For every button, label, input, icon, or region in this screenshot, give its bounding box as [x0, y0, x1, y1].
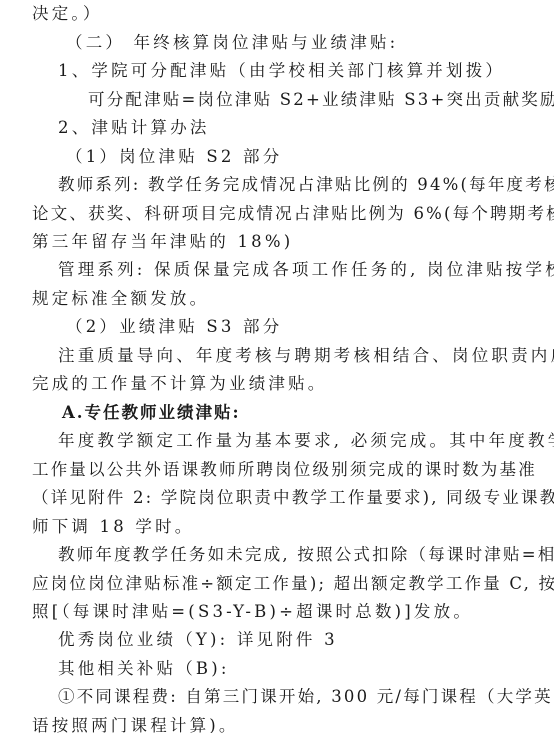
- text-line: 优秀岗位业绩（Y): 详见附件 3: [58, 630, 338, 650]
- text-line: 其他相关补贴（B):: [58, 659, 230, 679]
- text-line: 工作量以公共外语课教师所聘岗位级别须完成的课时数为基准: [32, 460, 537, 480]
- subsection-heading-s3: （2）业绩津贴 S3 部分: [66, 317, 282, 337]
- text-line: 教师系列: 教学任务完成情况占津贴比例的 94%(每年度考核);: [58, 175, 554, 195]
- text-line: 管理系列: 保质保量完成各项工作任务的, 岗位津贴按学校: [58, 260, 554, 280]
- subheading-2: 2、津贴计算办法: [58, 118, 210, 138]
- text-line: 注重质量导向、年度考核与聘期考核相结合、岗位职责内应: [58, 346, 554, 366]
- text-line: 应岗位岗位津贴标准÷额定工作量); 超出额定教学工作量 C, 按: [32, 574, 554, 594]
- section-heading-2: （二） 年终核算岗位津贴与业绩津贴:: [66, 33, 398, 53]
- text-line: （详见附件 2: 学院岗位职责中教学工作量要求), 同级专业课教: [32, 488, 554, 508]
- text-line: 规定标准全额发放。: [32, 289, 209, 309]
- text-line: 论文、获奖、科研项目完成情况占津贴比例为 6%(每个聘期考核,: [32, 204, 554, 224]
- text-line: 第三年留存当年津贴的 18%): [32, 232, 293, 252]
- text-line: ①不同课程费: 自第三门课开始, 300 元/每门课程（大学英: [58, 687, 553, 707]
- bold-heading-a: A.专任教师业绩津贴:: [62, 403, 241, 423]
- text-line: 年度教学额定工作量为基本要求, 必须完成。其中年度教学: [58, 431, 554, 451]
- subsection-heading-s2: （1）岗位津贴 S2 部分: [66, 147, 282, 167]
- text-line: 照[（每课时津贴=(S3-Y-B)÷超课时总数)]发放。: [32, 602, 473, 622]
- subheading-1: 1、学院可分配津贴（由学校相关部门核算并划拨）: [58, 61, 505, 81]
- text-line: 决定。）: [32, 4, 103, 24]
- text-line: 教师年度教学任务如未完成, 按照公式扣除（每课时津贴=相: [58, 545, 554, 565]
- text-line: 师下调 18 学时。: [32, 517, 195, 537]
- text-line: 完成的工作量不计算为业绩津贴。: [32, 374, 328, 394]
- formula-line: 可分配津贴=岗位津贴 S2+业绩津贴 S3+突出贡献奖励 S4: [88, 90, 554, 110]
- document-page: 决定。） （二） 年终核算岗位津贴与业绩津贴: 1、学院可分配津贴（由学校相关部…: [0, 0, 554, 733]
- text-line: 语按照两门课程计算)。: [32, 716, 239, 733]
